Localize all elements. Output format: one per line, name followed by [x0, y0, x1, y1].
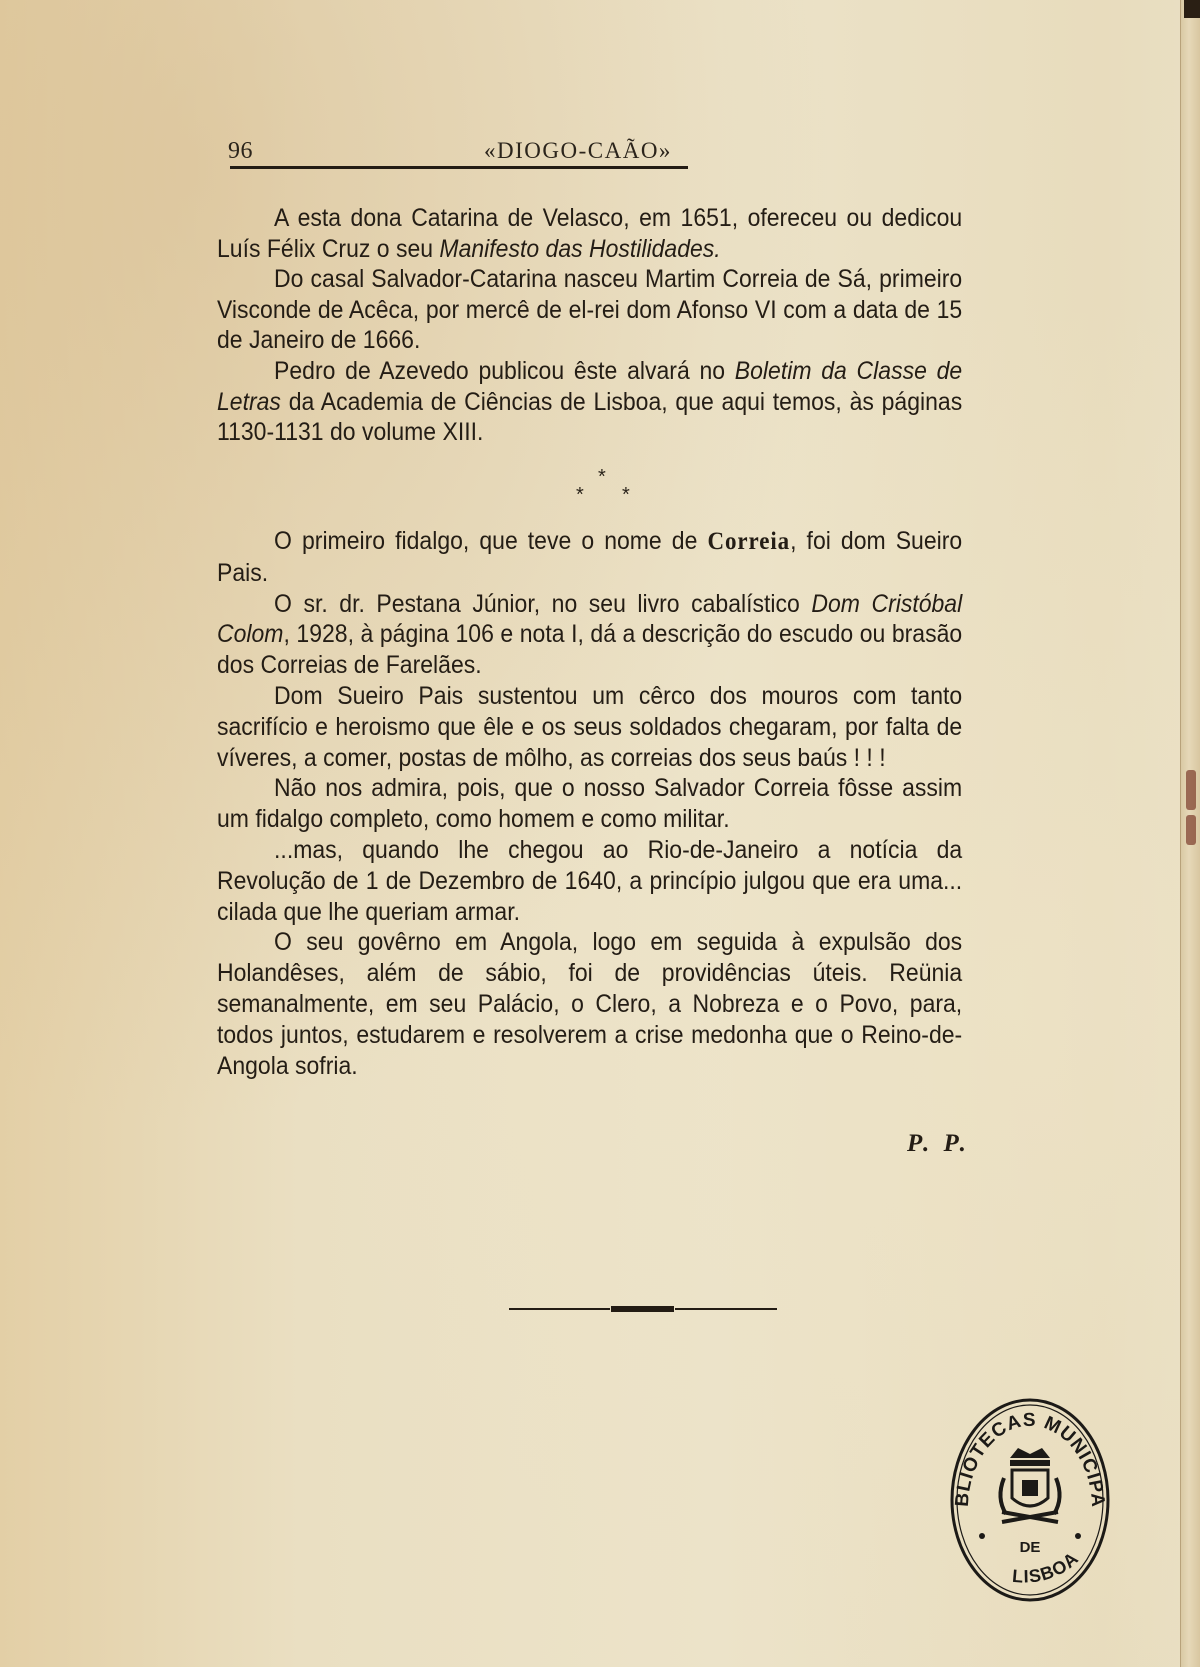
stamp-middle-text: DE	[1020, 1539, 1041, 1556]
paragraph: Dom Sueiro Pais sustentou um cêrco dos m…	[217, 681, 962, 773]
asterisk: *	[598, 466, 606, 489]
paragraph: A esta dona Catarina de Velasco, em 1651…	[217, 203, 962, 264]
text-run: Do casal Salvador-Catarina nasceu Martim…	[217, 265, 962, 354]
text-run: Correia	[707, 528, 790, 555]
text-run: ...mas, quando lhe chegou ao Rio-de-Jane…	[217, 836, 962, 926]
author-signature: P. P.	[907, 1130, 970, 1158]
section-1-text: A esta dona Catarina de Velasco, em 1651…	[217, 203, 962, 448]
text-run: O seu govêrno em Angola, logo em seguida…	[217, 928, 962, 1079]
page-edge-shadow	[1184, 0, 1200, 18]
text-run: O sr. dr. Pestana Júnior, no seu livro c…	[274, 590, 811, 618]
header-rule	[230, 166, 688, 169]
text-run: , 1928, à página 106 e nota I, dá a desc…	[217, 620, 962, 679]
asterism-separator: * * *	[560, 466, 650, 516]
paragraph: Pedro de Azevedo publicou êste alvará no…	[217, 356, 962, 448]
text-run: da Academia de Ciências de Lisboa, que a…	[217, 388, 962, 447]
text-run: Manifesto das Hostilidades.	[439, 235, 720, 263]
page-header: 96 «DIOGO-CAÃO»	[228, 138, 698, 168]
text-run: O primeiro fidalgo, que teve o nome de	[274, 527, 707, 555]
running-title: «DIOGO-CAÃO»	[484, 138, 672, 164]
edge-stain	[1186, 770, 1196, 810]
ornament-line-left	[509, 1308, 610, 1310]
paragraph: Não nos admira, pois, que o nosso Salvad…	[217, 773, 962, 835]
paragraph: O primeiro fidalgo, que teve o nome de C…	[217, 526, 962, 589]
section-2-text: O primeiro fidalgo, que teve o nome de C…	[217, 526, 962, 1081]
ornament-line-right	[675, 1308, 777, 1310]
asterisk: *	[576, 484, 584, 507]
ornament-bar	[611, 1306, 674, 1312]
page-number: 96	[228, 138, 253, 165]
end-ornament-rule	[509, 1306, 777, 1312]
asterisk: *	[622, 484, 630, 507]
paragraph: O seu govêrno em Angola, logo em seguida…	[217, 927, 962, 1081]
library-stamp: BIBLIOTECAS MUNICIPAIS DE LISBOA	[940, 1388, 1120, 1608]
paragraph: Do casal Salvador-Catarina nasceu Martim…	[217, 264, 962, 356]
paragraph: O sr. dr. Pestana Júnior, no seu livro c…	[217, 589, 962, 681]
edge-stain	[1186, 815, 1196, 845]
text-run: Pedro de Azevedo publicou êste alvará no	[274, 357, 735, 385]
library-stamp-icon: BIBLIOTECAS MUNICIPAIS DE LISBOA	[940, 1388, 1120, 1608]
text-run: Não nos admira, pois, que o nosso Salvad…	[217, 774, 962, 833]
paragraph: ...mas, quando lhe chegou ao Rio-de-Jane…	[217, 835, 962, 927]
text-run: Dom Sueiro Pais sustentou um cêrco dos m…	[217, 682, 962, 772]
